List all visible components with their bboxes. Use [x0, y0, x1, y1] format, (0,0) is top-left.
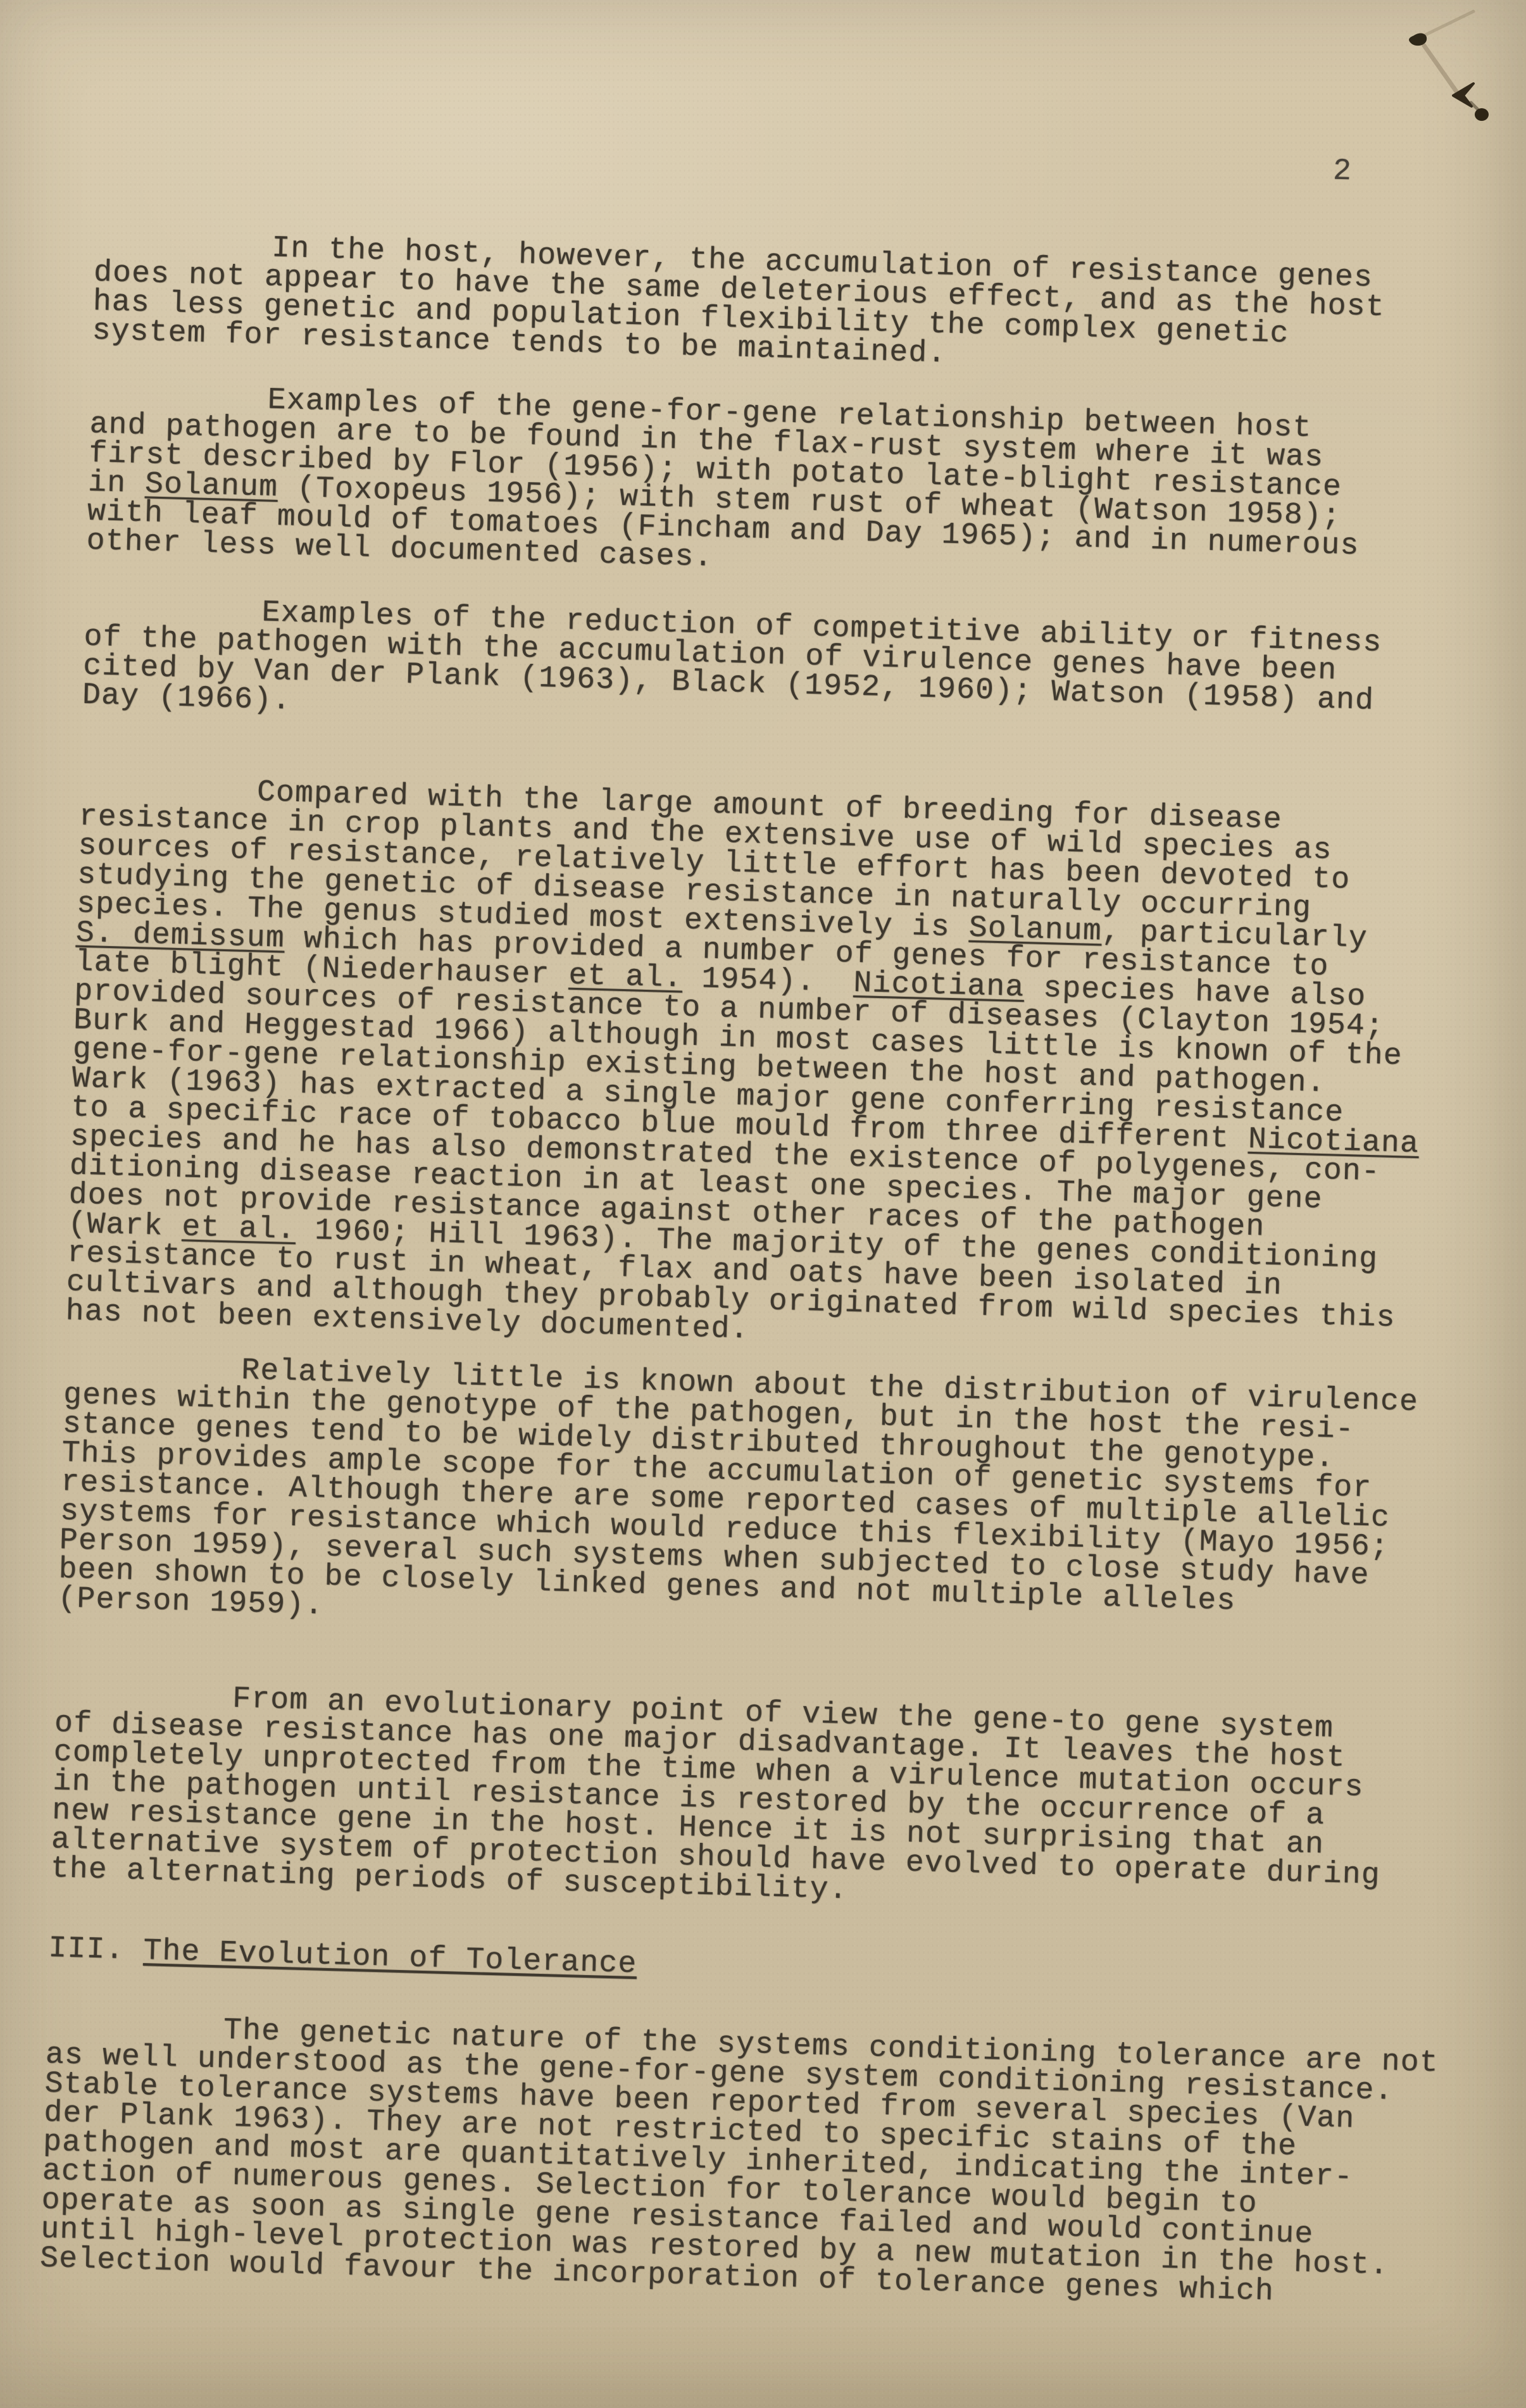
page-number: 2: [1332, 157, 1351, 187]
paragraph: Examples of the gene-for-gene relationsh…: [86, 381, 1492, 594]
paragraph: From an evolutionary point of view the g…: [50, 1680, 1457, 1921]
section-heading: III. The Evolution of Tolerance: [48, 1934, 1450, 2001]
paragraph: Relatively little is known about the dis…: [58, 1351, 1466, 1651]
ink-smudge-marks: [1379, 5, 1518, 132]
smudge-streak: [1424, 46, 1457, 92]
text-line: III. The Evolution of Tolerance: [48, 1934, 1450, 2001]
ink-blot: [1475, 108, 1489, 121]
paragraph: In the host, however, the accumulation o…: [92, 229, 1496, 384]
scanned-typewritten-page: 2 In the host, however, the accumulation…: [0, 0, 1526, 2408]
paragraph: Compared with the large amount of breedi…: [65, 773, 1482, 1364]
typewritten-text: In the host, however, the accumulation o…: [40, 229, 1497, 2311]
paragraph: The genetic nature of the systems condit…: [40, 2011, 1448, 2311]
smudge-streak: [1422, 11, 1473, 37]
paragraph: Examples of the reduction of competitive…: [82, 594, 1486, 748]
